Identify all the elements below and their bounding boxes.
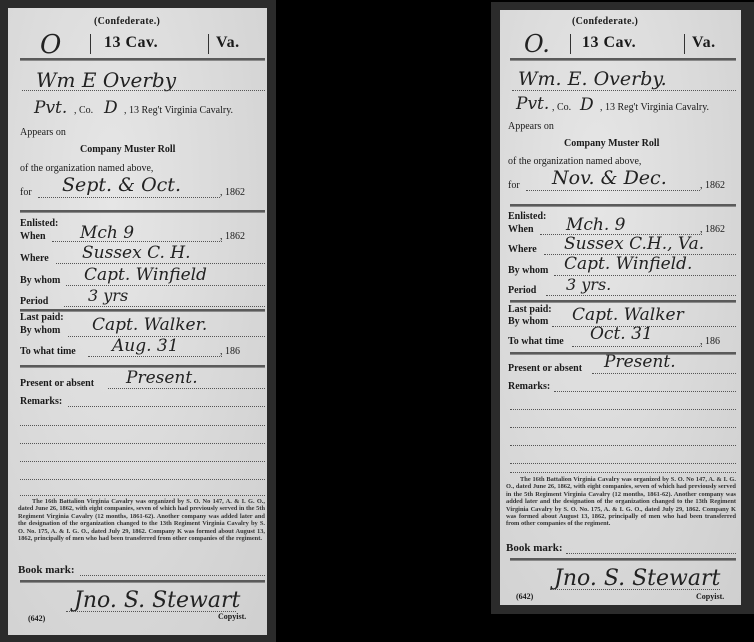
- rank: Pvt.: [34, 98, 67, 118]
- soldier-name: Wm E Overby: [36, 68, 176, 92]
- muster-card-sept-oct: (Confederate.) O 13 Cav. Va. Wm E Overby…: [8, 8, 267, 635]
- enlisted-year: , 1862: [220, 231, 245, 242]
- enlisted-date: Mch. 9: [566, 215, 626, 235]
- header-divider: [684, 34, 685, 54]
- remarks-label: Remarks:: [508, 381, 550, 392]
- present-absent-label: Present or absent: [508, 363, 582, 374]
- remarks-line: [510, 472, 736, 473]
- when-label: When: [20, 231, 46, 242]
- enlisted-by: Capt. Winfield.: [564, 254, 692, 274]
- remarks-line: [554, 391, 736, 392]
- right-card-frame: (Confederate.) O. 13 Cav. Va. Wm. E. Ove…: [491, 2, 754, 614]
- organization-note: The 16th Battalion Virginia Cavalry was …: [506, 476, 736, 528]
- header-divider: [90, 34, 91, 54]
- header-divider: [570, 34, 571, 54]
- state-label: Va.: [692, 34, 716, 52]
- muster-period: Sept. & Oct.: [62, 174, 181, 196]
- roll-type: Company Muster Roll: [80, 144, 175, 155]
- company-label: , Co.: [74, 105, 93, 116]
- period-line: [64, 306, 265, 307]
- muster-year: , 1862: [700, 180, 725, 191]
- period-label: Period: [20, 296, 48, 307]
- remarks-line: [510, 427, 736, 428]
- present-line: [592, 373, 736, 374]
- organization-note: The 16th Battalion Virginia Cavalry was …: [18, 498, 265, 542]
- enlistment-period: 3 yrs: [88, 286, 128, 305]
- book-mark-line: [80, 575, 265, 576]
- when-label: When: [508, 224, 534, 235]
- confederate-heading: (Confederate.): [94, 16, 160, 27]
- remarks-line: [20, 495, 265, 496]
- for-line: [38, 197, 220, 198]
- book-mark-line: [566, 553, 736, 554]
- organization-text: of the organization named above,: [508, 156, 641, 167]
- book-mark-label: Book mark:: [18, 564, 75, 576]
- remarks-line: [20, 479, 265, 480]
- presence-status: Present.: [126, 368, 198, 388]
- paid-by: Capt. Walker: [572, 305, 684, 325]
- remarks-line: [20, 443, 265, 444]
- for-label: for: [508, 180, 520, 191]
- to-what-time-label: To what time: [508, 336, 564, 347]
- where-label: Where: [20, 253, 49, 264]
- enlisted-place: Sussex C.H., Va.: [564, 234, 704, 254]
- signature-line: [66, 611, 236, 612]
- enlisted-label: Enlisted:: [508, 211, 546, 222]
- remarks-line: [68, 406, 265, 407]
- remarks-line: [510, 409, 736, 410]
- enlisted-place: Sussex C. H.: [82, 243, 191, 263]
- presence-status: Present.: [604, 352, 676, 372]
- section-rule: [510, 558, 736, 561]
- section-rule: [510, 300, 736, 303]
- left-card-frame: (Confederate.) O 13 Cav. Va. Wm E Overby…: [0, 0, 276, 642]
- to-what-time-label: To what time: [20, 346, 76, 357]
- where-line: [56, 263, 265, 264]
- present-line: [108, 388, 265, 389]
- initial-letter: O.: [524, 30, 550, 58]
- by-whom-label: By whom: [508, 265, 548, 276]
- form-number: (642): [516, 592, 533, 601]
- company-label: , Co.: [552, 102, 571, 113]
- company-letter: D: [104, 98, 118, 118]
- soldier-name: Wm. E. Overby.: [518, 68, 667, 90]
- header-rule: [510, 58, 736, 61]
- muster-period: Nov. & Dec.: [552, 167, 667, 189]
- signature-line: [550, 589, 720, 590]
- section-rule: [510, 204, 736, 207]
- copyist-signature: Jno. S. Stewart: [74, 588, 240, 613]
- company-letter: D: [580, 95, 594, 115]
- book-mark-label: Book mark:: [506, 542, 563, 554]
- header-rule: [20, 58, 265, 61]
- paid-to-year: , 186: [220, 346, 240, 357]
- enlistment-period: 3 yrs.: [566, 275, 611, 294]
- enlisted-by: Capt. Winfield: [84, 265, 207, 285]
- paid-to-date: Aug. 31: [112, 336, 179, 356]
- copyist-signature: Jno. S. Stewart: [554, 566, 720, 591]
- appears-on-label: Appears on: [20, 127, 66, 138]
- to-what-time-line: [572, 346, 702, 347]
- state-label: Va.: [216, 34, 240, 52]
- where-label: Where: [508, 244, 537, 255]
- appears-on-label: Appears on: [508, 121, 554, 132]
- for-line: [526, 190, 700, 191]
- paid-to-year: , 186: [700, 336, 720, 347]
- unit-label: 13 Cav.: [582, 34, 636, 52]
- regiment-label: , 13 Reg't Virginia Cavalry.: [124, 105, 233, 116]
- remarks-line: [20, 461, 265, 462]
- roll-type: Company Muster Roll: [564, 138, 659, 149]
- period-line: [546, 295, 736, 296]
- by-whom-label: By whom: [20, 275, 60, 286]
- initial-letter: O: [40, 30, 61, 60]
- remarks-line: [20, 425, 265, 426]
- copyist-label: Copyist.: [696, 592, 724, 601]
- name-line: [22, 90, 265, 91]
- muster-card-nov-dec: (Confederate.) O. 13 Cav. Va. Wm. E. Ove…: [500, 10, 741, 605]
- remarks-line: [510, 445, 736, 446]
- organization-text: of the organization named above,: [20, 163, 153, 174]
- for-label: for: [20, 187, 32, 198]
- enlisted-label: Enlisted:: [20, 218, 58, 229]
- paid-to-date: Oct. 31: [590, 324, 653, 344]
- unit-label: 13 Cav.: [104, 34, 158, 52]
- header-divider: [208, 34, 209, 54]
- paid-by-label: By whom: [508, 316, 548, 327]
- last-paid-label: Last paid:: [20, 312, 64, 323]
- muster-year: , 1862: [220, 187, 245, 198]
- when-line: [52, 241, 222, 242]
- paid-by-label: By whom: [20, 325, 60, 336]
- present-absent-label: Present or absent: [20, 378, 94, 389]
- rank: Pvt.: [516, 94, 549, 114]
- remarks-label: Remarks:: [20, 396, 62, 407]
- confederate-heading: (Confederate.): [572, 16, 638, 27]
- section-rule: [20, 580, 265, 583]
- section-rule: [20, 210, 265, 213]
- regiment-label: , 13 Reg't Virginia Cavalry.: [600, 102, 709, 113]
- remarks-line: [510, 463, 736, 464]
- copyist-label: Copyist.: [218, 612, 246, 621]
- form-number: (642): [28, 614, 45, 623]
- paid-by: Capt. Walker.: [92, 315, 207, 335]
- name-line: [512, 90, 736, 91]
- period-label: Period: [508, 285, 536, 296]
- last-paid-label: Last paid:: [508, 304, 552, 315]
- enlisted-date: Mch 9: [80, 223, 134, 243]
- to-what-time-line: [88, 356, 222, 357]
